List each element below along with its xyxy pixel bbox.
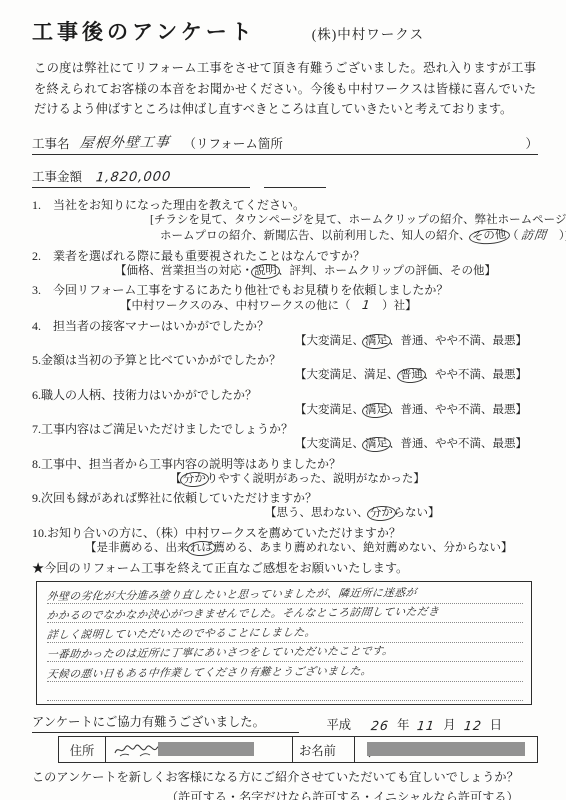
question-8: 8.工事中、担当者から工事内容の説明等はありましたか？【分かりやすく説明があった… xyxy=(32,456,538,488)
option-text: ホームプロの紹介、新聞広告、以前利用した、知人の紹介、 xyxy=(160,230,471,242)
option-text: 【大変満足、満足、 xyxy=(295,369,399,381)
circled-answer: 分か xyxy=(179,471,209,488)
option-text: 、評判、ホームクリップの評価、その他】 xyxy=(278,265,496,277)
comment-line-5: 天候の悪い日もある中作業してくださり有難とうございました。 xyxy=(47,662,523,682)
circled-answer: れば xyxy=(186,540,216,557)
amount-handwritten-value: 1,820,000 xyxy=(95,170,172,186)
question-4: 4. 担当者の接客マナーはいかがでしたか？【大変満足、満足、普通、やや不満、最悪… xyxy=(32,318,538,350)
circled-answer: 満足 xyxy=(362,402,392,419)
question-1-options-2: ホームプロの紹介、新聞広告、以前利用した、知人の紹介、その他（ 訪問 ）] xyxy=(32,228,538,245)
option-text: 、普通、やや不満、最悪】 xyxy=(389,438,527,450)
address-redaction xyxy=(158,742,254,756)
question-10-text: 10.お知り合いの方に、（株）中村ワークスを薦めていただけますか？ xyxy=(32,525,538,541)
option-text: 【大変満足、 xyxy=(295,404,364,416)
comment-handwriting: 外壁の劣化が大分進み塗り直したいと思っていましたが、隣近所に迷惑が xyxy=(47,585,418,604)
comment-handwriting: 一番助かったのは近所に丁寧にあいさつをしていただいたことです。 xyxy=(47,644,394,663)
question-5-text: 5.金額は当初の予算と比べていかがでしたか？ xyxy=(32,352,538,368)
option-text: りやすく説明があった、説明がなかった】 xyxy=(207,473,425,485)
reform-location-close-paren: ） xyxy=(525,134,538,152)
question-2-text: 2. 業者を選ばれる際に最も重要視されたことはなんですか？ xyxy=(32,248,538,264)
comment-line-1: 外壁の劣化が大分進み塗り直したいと思っていましたが、隣近所に迷惑が xyxy=(47,584,523,604)
project-name-row: 工事名 屋根外壁工事 （リフォーム箇所 ） xyxy=(32,132,538,155)
era-label: 平成 xyxy=(326,715,351,733)
question-7-options-1: 【大変満足、満足、普通、やや不満、最悪】 xyxy=(32,437,538,453)
question-7-text: 7.工事内容はご満足いただけましたでしょうか？ xyxy=(32,421,538,437)
consent-question: このアンケートを新しくお客様になる方にご紹介させていただいても宜しいでしょうか？ xyxy=(32,768,538,785)
option-text: らない】 xyxy=(394,507,440,519)
circled-answer: 説明 xyxy=(251,263,281,280)
question-10: 10.お知り合いの方に、（株）中村ワークスを薦めていただけますか？【是非薦める、… xyxy=(32,525,538,557)
question-4-options-1: 【大変満足、満足、普通、やや不満、最悪】 xyxy=(32,334,538,350)
day-label: 日 xyxy=(490,715,502,733)
handwritten-answer: 1 xyxy=(361,298,371,314)
contact-row: 住所 お名前 xyxy=(58,736,538,763)
comments-box: 外壁の劣化が大分進み塗り直したいと思っていましたが、隣近所に迷惑がかかるのでなか… xyxy=(36,581,532,705)
day-handwritten-value: 12 xyxy=(457,718,489,733)
circled-answer: 満足 xyxy=(362,333,392,350)
title-row: 工事後のアンケート (株)中村ワークス xyxy=(32,16,538,46)
comment-handwriting: かかるのでなかなか決心がつきませんでした。そんなところ訪問していただき xyxy=(47,604,440,623)
question-3-options-1: 【中村ワークスのみ、中村ワークスの他に（ 1 ）社】 xyxy=(32,298,538,315)
option-text: 【思う、思わない、 xyxy=(265,507,369,519)
questionnaire-page: 工事後のアンケート (株)中村ワークス この度は弊社にてリフォーム工事をさせて頂… xyxy=(0,0,566,800)
option-text: ）社】 xyxy=(371,300,417,312)
amount-label: 工事金額 xyxy=(32,167,82,185)
question-3-text: 3. 今回リフォーム工事をするにあたり他社でもお見積りを依頼しましたか？ xyxy=(32,282,538,298)
amount-row: 工事金額 1,820,000 xyxy=(32,167,538,188)
question-6-text: 6.職人の人柄、技術力はいかがでしたか？ xyxy=(32,387,538,403)
address-field xyxy=(106,737,293,762)
project-name-label: 工事名 xyxy=(32,134,70,152)
reform-location-label: （リフォーム箇所 xyxy=(184,134,283,152)
consent-options: （許可する・名字だけなら許可する・イニシャルなら許可する） xyxy=(32,788,538,800)
comment-handwriting: 詳しく説明していただいたのでやることにしました。 xyxy=(47,625,317,643)
circled-answer: 満足 xyxy=(362,436,392,453)
question-4-text: 4. 担当者の接客マナーはいかがでしたか？ xyxy=(32,318,538,334)
comment-handwriting: 天候の悪い日もある中作業してくださり有難とうございました。 xyxy=(47,663,373,682)
thanks-row: アンケートにご協力有難うございました。 平成 26 年 11 月 12 日 xyxy=(32,712,538,733)
name-redaction xyxy=(367,742,525,756)
comments-prompt: ★今回のリフォーム工事を終えて正直なご感想をお願いいたします。 xyxy=(32,559,538,576)
option-text: 【価格、営業担当の対応・ xyxy=(115,265,253,277)
page-title: 工事後のアンケート xyxy=(32,16,256,46)
year-label: 年 xyxy=(397,715,409,733)
question-3: 3. 今回リフォーム工事をするにあたり他社でもお見積りを依頼しましたか？【中村ワ… xyxy=(32,282,538,315)
question-1: 1. 当社をお知りになった理由を教えてください。[チラシを見て、タウンページを見… xyxy=(32,197,538,245)
intro-paragraph: この度は弊社にてリフォーム工事をさせて頂き有難うございました。恐れ入りますが工事… xyxy=(34,58,536,120)
question-8-text: 8.工事中、担当者から工事内容の説明等はありましたか？ xyxy=(32,456,538,472)
comment-line-3: 詳しく説明していただいたのでやることにしました。 xyxy=(47,623,523,643)
question-1-text: 1. 当社をお知りになった理由を教えてください。 xyxy=(32,197,538,213)
question-10-options-1: 【是非薦める、出来れば薦める、あまり薦めれない、絶対薦めない、分からない】 xyxy=(32,541,538,557)
month-label: 月 xyxy=(443,715,455,733)
option-text: 薦める、あまり薦めれない、絶対薦めない、分からない】 xyxy=(214,542,513,554)
circled-answer: 普通 xyxy=(396,367,426,384)
question-9-text: 9.次回も縁があれば弊社に依頼していただけますか？ xyxy=(32,490,538,506)
question-2-options-1: 【価格、営業担当の対応・説明、評判、ホームクリップの評価、その他】 xyxy=(32,264,538,280)
handwritten-answer: 訪問 xyxy=(520,228,548,244)
name-label: お名前 xyxy=(293,737,355,762)
option-text: 【大変満足、 xyxy=(295,438,364,450)
option-text: ）] xyxy=(547,230,566,242)
date-group: 平成 26 年 11 月 12 日 xyxy=(326,715,504,733)
question-8-options-1: 【分かりやすく説明があった、説明がなかった】 xyxy=(32,472,538,488)
thanks-text: アンケートにご協力有難うございました。 xyxy=(32,712,299,733)
comment-line-2: かかるのでなかなか決心がつきませんでした。そんなところ訪問していただき xyxy=(47,604,523,624)
comment-line-6 xyxy=(47,682,523,702)
month-handwritten-value: 11 xyxy=(411,718,443,733)
option-text: 【中村ワークスのみ、中村ワークスの他に（ xyxy=(120,300,362,312)
name-field xyxy=(355,737,537,762)
option-text: 、やや不満、最悪】 xyxy=(424,369,528,381)
circled-answer: その他 xyxy=(468,228,509,246)
questions-list: 1. 当社をお知りになった理由を教えてください。[チラシを見て、タウンページを見… xyxy=(32,197,538,557)
question-9: 9.次回も縁があれば弊社に依頼していただけますか？【思う、思わない、分からない】 xyxy=(32,490,538,522)
project-name-handwritten-value: 屋根外壁工事 xyxy=(78,131,170,152)
question-9-options-1: 【思う、思わない、分からない】 xyxy=(32,506,538,522)
company-name: (株)中村ワークス xyxy=(312,23,424,43)
option-text: 、普通、やや不満、最悪】 xyxy=(389,335,527,347)
comment-line-4: 一番助かったのは近所に丁寧にあいさつをしていただいたことです。 xyxy=(47,643,523,663)
option-text: 【是非薦める、出来 xyxy=(85,542,189,554)
question-5: 5.金額は当初の予算と比べていかがでしたか？【大変満足、満足、普通、やや不満、最… xyxy=(32,352,538,384)
question-1-options-1: [チラシを見て、タウンページを見て、ホームクリップの紹介、弊社ホームページ xyxy=(32,213,538,229)
amount-underline: 工事金額 1,820,000 xyxy=(32,167,250,188)
option-text: 【大変満足、 xyxy=(295,335,364,347)
question-7: 7.工事内容はご満足いただけましたでしょうか？【大変満足、満足、普通、やや不満、… xyxy=(32,421,538,453)
question-6-options-1: 【大変満足、満足、普通、やや不満、最悪】 xyxy=(32,403,538,419)
option-text: 、普通、やや不満、最悪】 xyxy=(389,404,527,416)
amount-extra-blank-line xyxy=(264,173,326,188)
year-handwritten-value: 26 xyxy=(364,718,396,733)
option-text: [チラシを見て、タウンページを見て、ホームクリップの紹介、弊社ホームページ xyxy=(150,214,566,226)
question-5-options-1: 【大変満足、満足、普通、やや不満、最悪】 xyxy=(32,368,538,384)
address-label: 住所 xyxy=(59,737,106,762)
circled-answer: 分か xyxy=(366,505,396,522)
question-6: 6.職人の人柄、技術力はいかがでしたか？【大変満足、満足、普通、やや不満、最悪】 xyxy=(32,387,538,419)
question-2: 2. 業者を選ばれる際に最も重要視されたことはなんですか？【価格、営業担当の対応… xyxy=(32,248,538,280)
